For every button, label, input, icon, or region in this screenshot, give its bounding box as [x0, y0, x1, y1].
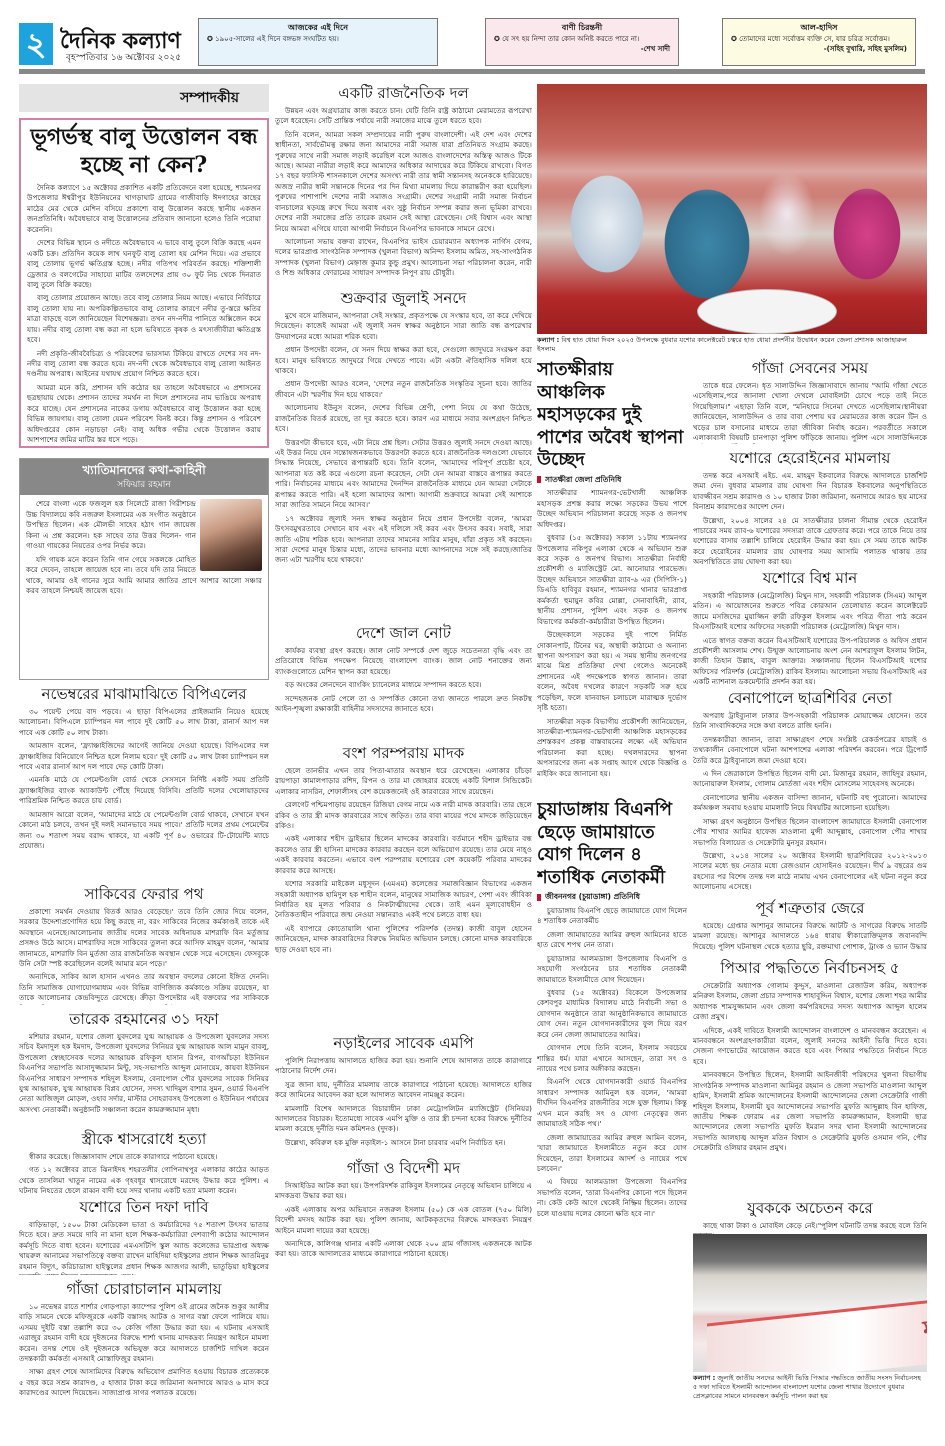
on-this-day-title: আজকের এই দিনে: [207, 22, 429, 34]
paragraph: মশিয়ার রহমান, যশোর জেলা যুবদলের যুগ্ম আ…: [19, 1032, 269, 1116]
column-title: খ্যাতিমানদের কথা-কাহিনী: [20, 462, 268, 479]
article-wife-murder: স্ত্রীকে শ্বাসরোধে হত্যা স্বীকার করেছে। …: [19, 1125, 269, 1193]
dateline: সাতক্ষীরা জেলা প্রতিনিধি: [537, 475, 687, 486]
article-headline: পিআর পদ্ধতিতে নির্বাচনসহ ৫: [693, 959, 927, 978]
page-number: ২: [19, 23, 53, 65]
paragraph: ১৭ অক্টোবর জুলাই সনদ স্বাক্ষর অনুষ্ঠান ন…: [275, 514, 532, 566]
article-jessore-world-standard: যশোরে বিশ্ব মান সহকারী পরিচালক (মেট্রোলজ…: [693, 564, 927, 684]
editorial-article: ভূগর্ভস্থ বালু উত্তোলন বন্ধ হচ্ছে না কেন…: [19, 118, 269, 448]
paragraph: উল্লেখ্য, ২০১৪ সালের ২০ অক্টোবর ইসলামী ছ…: [693, 851, 927, 893]
article-hereditary-drugs: বংশ পরম্পরায় মাদক ছেলে তানভীর এখন তার প…: [275, 739, 532, 1029]
paragraph: এই ব্যাপারে কোতোয়ালি থানা পুলিশের পরিদর…: [275, 924, 532, 955]
human-chain-photo-figure: মানববন্ধন কল্যাণ : জুলাই জাতীয় সনদের আই…: [693, 1234, 927, 1402]
article-headline: স্ত্রীকে শ্বাসরোধে হত্যা: [19, 1130, 269, 1149]
column-news-3: কল্যাণ : বিশ্ব হাত ধোয়া দিবস ২০২৫ উপলক্…: [537, 84, 927, 1444]
article-political-party: একটি রাজনৈতিক দল উন্নয়ন এবং অগ্রযাত্রায…: [275, 84, 532, 284]
paragraph: অপরাধ ট্রাইব্যুনাল ঢাকার উপ-সহকারী পরিচা…: [693, 711, 927, 732]
article-ganja-use: গাঁজা সেবনের সময় তাকে ধরে ফেলেন। ধৃত সা…: [693, 354, 927, 444]
hadith-title: আল-হাদিস: [731, 22, 907, 34]
paragraph: নদী প্রকৃতি-জীববৈচিত্র্য ও পরিবেশের ভারস…: [27, 349, 261, 380]
hadith-box: আল-হাদিস ✪ তোমাদের মধ্যে সর্বোত্তম ব্যক্…: [722, 18, 916, 66]
column-author: সফিয়ার রহমান: [20, 479, 268, 492]
article-benapole-shibir: বেনাপোলে ছাত্রশিবির নেতা অপরাধ ট্রাইব্যু…: [693, 684, 927, 894]
article-headline: নড়াইলের সাবেক এমপি: [275, 1034, 532, 1053]
column-3-left: সাতক্ষীরায় আঞ্চলিক মহাসড়কের দুই পাশের …: [537, 354, 687, 1234]
paragraph: সহকারী পরিচালক (মেট্রোলজি) মিথুন দাস, সহ…: [693, 591, 927, 633]
caption-label: কল্যাণ :: [693, 1374, 715, 1382]
article-headline: বংশ পরম্পরায় মাদক: [275, 744, 532, 763]
article-tarique-31-points: তারেক রহমানের ৩১ দফা মশিয়ার রহমান, যশোর…: [19, 1005, 269, 1125]
paragraph: উল্লেখ্য, ২০০৪ সালের ২৪ মে সাতক্ষীরার চা…: [693, 516, 927, 565]
caption-label: কল্যাণ :: [537, 336, 559, 344]
human-chain-photo: মানববন্ধন: [693, 1234, 927, 1372]
paragraph: প্রধান উপদেষ্টা বলেন, যে সনদ দিয়ে স্বাক…: [275, 345, 532, 376]
paragraph: প্রধান উপদেষ্টা আরও বলেন, 'দেশের নতুন রা…: [275, 379, 532, 400]
article-headline: বেনাপোলে ছাত্রশিবির নেতা: [693, 689, 927, 708]
column-editorial: সম্পাদকীয় ভূগর্ভস্থ বালু উত্তোলন বন্ধ হ…: [19, 84, 269, 1395]
paragraph: মামলাটি বিশেষ আদালতে বিচারাধীন ঢাকা মেট্…: [275, 1104, 532, 1135]
photo-caption: কল্যাণ : বিশ্ব হাত ধোয়া দিবস ২০২৫ উপলক্…: [537, 336, 927, 354]
paragraph: তাকে ধরে ফেলেন। ধৃত সালাউদ্দিন জিজ্ঞাসাব…: [693, 381, 927, 444]
article-shakib: সাকিবের ফেরার পথ প্রকাশ্যে সমর্থন দেওয়া…: [19, 880, 269, 1005]
paragraph: উন্নয়ন এবং অগ্রযাত্রায় কাজ করতে চান। য…: [275, 106, 532, 127]
article-headline: তারেক রহমানের ৩১ দফা: [19, 1010, 269, 1029]
paragraph: উল্লেখ্য, কবিরুল হক মুক্তি নড়াইল-১ আসনে…: [275, 1138, 532, 1148]
masthead: ২ দৈনিক কল্যাণ বৃহস্পতিবার ১৬ অক্টোবর ২০…: [0, 0, 945, 78]
paragraph: বালু তোলার প্রয়োজন আছে। তবে বালু তোলার …: [27, 293, 261, 345]
paragraph: একই এলাকার শহীদ ড্রাইভার ছিলেন মাদকের কা…: [275, 834, 532, 876]
article-headline: গাঁজা ও বিদেশী মদ: [275, 1159, 532, 1178]
column-3-right: গাঁজা সেবনের সময় তাকে ধরে ফেলেন। ধৃত সা…: [693, 354, 927, 1402]
article-youth-unconscious: যুবককে অচেতন করে কাছে থাকা টাকা ও মোবাইল…: [693, 1194, 927, 1234]
paragraph: এমনকি মাঠে যে পেমেন্টগুলি বোর্ড থেকে সেস…: [19, 775, 269, 806]
article-three-demands: যশোরে তিন দফা দাবি বাড়িভাড়া, ১৫০০ টাকা…: [19, 1193, 269, 1275]
paragraph: উচ্ছেদকালে সড়কের দুই পাশে নির্মিত দোকান…: [537, 630, 687, 714]
paragraph: সন্দেহজনক নোট পেলে তা ও সম্পর্কিত কোনো ত…: [275, 694, 532, 715]
paragraph: কার্যকর ব্যবস্থা গ্রহণ করছে। জাল নোট সম্…: [275, 646, 532, 677]
masthead-divider: [19, 69, 925, 74]
article-july-charter: শুক্রবার জুলাই সনদে মুখে বসে মাজিমান, আপ…: [275, 284, 532, 619]
paragraph: সেক্রেটারি অধ্যাপক গোলাম কুদ্দুস, মাওলান…: [693, 981, 927, 1023]
article-headline: পূর্ব শত্রুতার জেরে: [693, 899, 927, 918]
article-jessore-heroin: যশোরে হেরোইনের মামলায় তদন্ত করে এসআই এই…: [693, 444, 927, 564]
paragraph: এতে স্বাগত বক্তব্য করেন বিএসটিআই যশোরের …: [693, 636, 927, 685]
paragraph: এ দিন জেরাকালে উপস্থিত ছিলেন বাদী মো. মি…: [693, 769, 927, 790]
paragraph: বাড়িভাড়া, ১৫০০ টাকা মেডিকেল ভাতা ও কর্…: [19, 1220, 269, 1275]
protest-banner: [707, 1285, 927, 1372]
article-headline: যুবককে অচেতন করে: [693, 1199, 927, 1218]
article-ganja-smuggling: গাঁজা চোরাচালান মামলায় ১০ নভেম্বর রাতে …: [19, 1275, 269, 1395]
dateline: জীবননগর (চুয়াডাঙ্গা) প্রতিনিধি: [537, 892, 687, 903]
quote-text: ✪ যে সৎ হয় নিন্দা তার কোন অনিষ্ট করতে প…: [494, 34, 670, 44]
paragraph: হয়েছে। গ্রেপ্তার আশানুর জামানের বিরুদ্ধ…: [693, 921, 927, 954]
article-headline: সাকিবের ফেরার পথ: [19, 885, 269, 904]
paragraph: সাক্ষ্য গ্রহণ শেষে আসামিদের বিরুদ্ধে অভি…: [19, 1367, 269, 1395]
paragraph: বুধবার (১৫ অক্টোবর) সকাল ১১টায় শ্যামনগর…: [537, 533, 687, 627]
article-headline: শুক্রবার জুলাই সনদে: [275, 289, 532, 308]
sink-graphic: [697, 289, 837, 334]
paragraph: মুখে বসে মাজিমান, আপনারা সেই সংস্কার, প্…: [275, 311, 532, 342]
paragraph: বিএনপি থেকে যোগদানকারী ওয়ার্ড বিএনপির স…: [537, 1077, 687, 1129]
photo-caption: কল্যাণ : জুলাই জাতীয় সনদের আইনী ভিত্তি …: [693, 1374, 927, 1402]
article-ganja-foreign-liquor: গাঁজা ও বিদেশী মদ সিআইডির আটক করা হয়। উ…: [275, 1154, 532, 1304]
quote-title: বাণী চিরন্তনী: [494, 22, 670, 34]
paragraph: উত্তরণটা কীভাবে হবে, এটা নিয়ে প্রশ্ন ছি…: [275, 438, 532, 511]
caption-text: জুলাই জাতীয় সনদের আইনী ভিত্তি পিআর পদ্ধ…: [693, 1374, 921, 1400]
article-headline: নভেম্বরের মাঝামাঝিতে বিপিএলের: [19, 685, 269, 704]
paragraph: গত ১২ অক্টোবর রাতে ঝিনাইদহ শহরতলীর গোপিন…: [19, 1165, 269, 1193]
paragraph: বুধবার (১৫ অক্টোবর) বিকেলে উপজেলার কেশবপ…: [537, 988, 687, 1040]
article-headline: দেশে জাল নোট: [275, 624, 532, 643]
paragraph: সাতক্ষীরার শ্যামনগর-ভেটখালী আঞ্চলিক মহাস…: [537, 488, 687, 530]
paragraph: দেশের বিভিন্ন স্থানে ও নদীতে অবৈধভাবে এ …: [27, 238, 261, 290]
article-past-enmity: পূর্ব শত্রুতার জেরে হয়েছে। গ্রেপ্তার আশ…: [693, 894, 927, 954]
article-pr-election: পিআর পদ্ধতিতে নির্বাচনসহ ৫ সেক্রেটারি অধ…: [693, 954, 927, 1194]
paragraph: স্বীকার করেছে। জিজ্ঞাসাবাদ শেষে তাকে কার…: [19, 1152, 269, 1162]
article-narail-ex-mp: নড়াইলের সাবেক এমপি পুলিশি নিরাপত্তায় আ…: [275, 1029, 532, 1154]
paragraph: বেনাপোলের স্থানীয় একজন বাসিন্দা জানান, …: [693, 793, 927, 814]
article-headline: গাঁজা চোরাচালান মামলায়: [19, 1280, 269, 1299]
hadith-text: ✪ তোমাদের মধ্যে সর্বোত্তম ব্যক্তি সে, যা…: [731, 34, 907, 44]
on-this-day-box: আজকের এই দিনে ✪ ১৯০৫-সালের এই দিনে বঙ্গভ…: [198, 18, 438, 66]
paragraph: যশোর সরকারি মাইকেল মধুসূদন (এমএম) কলেজের…: [275, 879, 532, 921]
paragraph: জেলা জামায়াতের আমির রুহুল আমিনের হাতে হ…: [537, 930, 687, 951]
paragraph: আমরা মনে করি, প্রশাসন যদি কঠোর হয় তাহলে…: [27, 383, 261, 446]
paragraph: একই এলাকায় অপর অভিযানে নজরুল ইসলাম (৫০)…: [275, 1205, 532, 1236]
paragraph: বড় অংকের লেনদেনে ব্যাংকিং চ্যানেলের মাধ…: [275, 680, 532, 690]
paragraph: অন্যদিকে, সাকিব আল হাসান এখনও তার অবস্থা…: [19, 972, 269, 1005]
article-headline: গাঁজা সেবনের সময়: [693, 359, 927, 378]
article-headline: চুয়াডাঙ্গায় বিএনপি ছেড়ে জামায়াতে যোগ…: [537, 799, 687, 889]
paragraph: কাছে থাকা টাকা ও মোবাইল কেড়ে নেই।"পুলিশ…: [693, 1221, 927, 1234]
article-headline: যশোরে হেরোইনের মামলায়: [693, 449, 927, 468]
hadith-source: -(সহিহ বুখারি, সহিহ মুসলিম): [731, 44, 907, 54]
paragraph: এদিকে, একই দাবিতে ইসলামী আন্দোলন বাংলাদে…: [693, 1026, 927, 1068]
paragraph: চুয়াডাঙ্গায় বিএনপি ছেড়ে জামায়াতে যোগ…: [537, 906, 687, 927]
paragraph: সাতক্ষীরা সড়ক বিভাগীয় প্রকৌশলী জানিয়ে…: [537, 717, 687, 780]
article-chuadanga-jamaat: চুয়াডাঙ্গায় বিএনপি ছেড়ে জামায়াতে যোগ…: [537, 794, 687, 1234]
article-headline: যশোরে বিশ্ব মান: [693, 569, 927, 588]
paragraph: তদন্তকারীরা জানান, তারা সাক্ষ্যগ্রহণ শেষ…: [693, 735, 927, 766]
quote-source: -শেখ সাদী: [494, 44, 670, 54]
author-photo: [200, 499, 262, 571]
article-satkhira-eviction: সাতক্ষীরায় আঞ্চলিক মহাসড়কের দুই পাশের …: [537, 354, 687, 794]
editorial-headline: ভূগর্ভস্থ বালু উত্তোলন বন্ধ হচ্ছে না কেন…: [27, 124, 261, 179]
article-bpl: নভেম্বরের মাঝামাঝিতে বিপিএলের ৩০ পয়েন্ট…: [19, 680, 269, 880]
paragraph: যোগদান শেষে তিনি বলেন, ইসলাম সবচেয়ে শান…: [537, 1043, 687, 1074]
paragraph: তদন্ত করে এসআই এইচ. এম. মাহমুদ ইকবালের ব…: [693, 471, 927, 513]
paragraph: রেলগেট পশ্চিমপাড়ায় রয়েছেন রিজিয়া বেগ…: [275, 800, 532, 831]
paragraph: আলোচনায় ইউনুস বলেন, দেশের বিভিন্ন শ্রেণ…: [275, 403, 532, 434]
paragraph: ৩০ পয়েন্ট পেয়ে বাদ পড়বে। এ ছাড়া বিপি…: [19, 707, 269, 738]
paragraph: দৈনিক কল্যাণে ১৫ অক্টোবর প্রকাশিত একটি প…: [27, 183, 261, 235]
publication-date: বৃহস্পতিবার ১৬ অক্টোবর ২০২৫: [66, 52, 181, 65]
paragraph: পুলিশি নিরাপত্তায় আদালতে হাজির করা হয়।…: [275, 1056, 532, 1077]
paragraph: চুয়াডাঙ্গার আলমডাঙ্গা উপজেলায় বিএনপি ও…: [537, 954, 687, 985]
paragraph: মানববন্ধনে উপস্থিত ছিলেন, ইসলামী আইনজীবী…: [693, 1070, 927, 1154]
paragraph: জেলা জামায়াতের আমির রুহুল আমিন বলেন, 'য…: [537, 1133, 687, 1175]
paragraph: সুত্র জানা যায়, দুর্নীতির মামলায় তাকে …: [275, 1080, 532, 1101]
paragraph: সাক্ষ্য গ্রহণ অনুষ্ঠানে উপস্থিত ছিলেন বা…: [693, 817, 927, 848]
column-news-2: একটি রাজনৈতিক দল উন্নয়ন এবং অগ্রযাত্রায…: [275, 84, 532, 1304]
paragraph: তিনি বলেন, আমরা সকল সম্প্রদায়ের নারী পু…: [275, 130, 532, 234]
handwashing-photo-figure: কল্যাণ : বিশ্ব হাত ধোয়া দিবস ২০২৫ উপলক্…: [537, 84, 927, 354]
on-this-day-text: ✪ ১৯০৫-সালের এই দিনে বঙ্গভঙ্গ সংঘটিত হয়…: [207, 34, 429, 44]
paragraph: ছেলে তানভীর এখন তার পিতা-মাতার অবস্থান ধ…: [275, 766, 532, 797]
caption-text: বিশ্ব হাত ধোয়া দিবস ২০২৫ উপলক্ষে বুধবার…: [537, 336, 907, 353]
paragraph: সিআইডির আটক করা হয়। উপপরিদর্শক রাকিবুল …: [275, 1181, 532, 1202]
paragraph: অন্যদিকে, কালিগঞ্জ থানার একটি এলাকা থেকে…: [275, 1239, 532, 1260]
paragraph: এ বিষয়ে আলমডাঙ্গা উপজেলা বিএনপির সভাপতি…: [537, 1177, 687, 1219]
article-fake-notes: দেশে জাল নোট কার্যকর ব্যবস্থা গ্রহণ করছে…: [275, 619, 532, 739]
opinion-column-box: খ্যাতিমানদের কথা-কাহিনী সফিয়ার রহমান শে…: [19, 458, 269, 680]
paragraph: আলোচনা সভায় বক্তব্য রাখেন, বিএনপির ভাইস…: [275, 237, 532, 279]
article-headline: যশোরে তিন দফা দাবি: [19, 1198, 269, 1217]
paragraph: ১০ নভেম্বর রাতে শার্শার গোড়পাড়া ক্যাম্…: [19, 1302, 269, 1365]
article-headline: সাতক্ষীরায় আঞ্চলিক মহাসড়কের দুই পাশের …: [537, 359, 687, 472]
paragraph: আমজাদ আরো বলেন, 'আমাদের মাঠে যে পেমেন্টগ…: [19, 810, 269, 852]
paragraph: আমজাদ বলেন, 'ফ্র্যাঞ্চাইজিদের আগেই জানিয…: [19, 741, 269, 772]
section-label: সম্পাদকীয়: [19, 84, 269, 112]
handwashing-photo: [537, 84, 927, 334]
paragraph: প্রকাশ্যে সমর্থন দেওয়ায় বিতর্ক আরও বেড…: [19, 907, 269, 970]
quote-box: বাণী চিরন্তনী ✪ যে সৎ হয় নিন্দা তার কোন…: [485, 18, 679, 66]
column-header: খ্যাতিমানদের কথা-কাহিনী সফিয়ার রহমান: [20, 459, 268, 495]
article-headline: একটি রাজনৈতিক দল: [275, 84, 532, 103]
